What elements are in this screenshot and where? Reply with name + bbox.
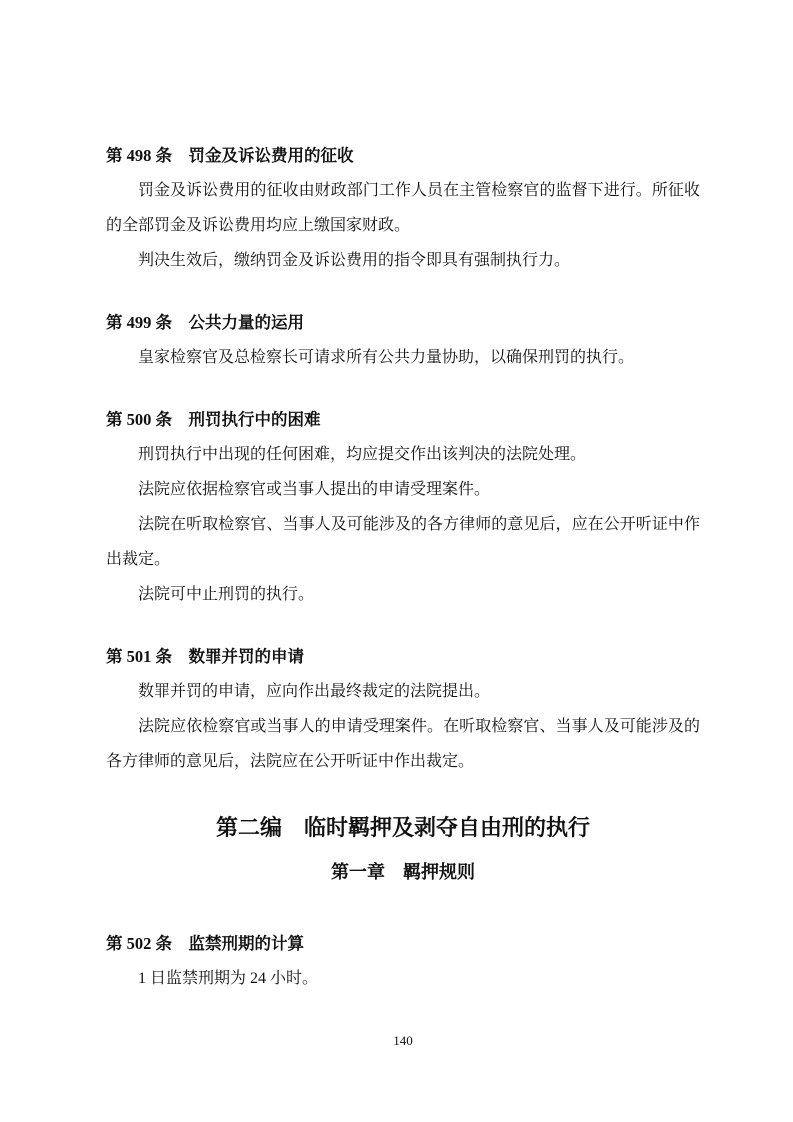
article-500-paragraph: 法院在听取检察官、当事人及可能涉及的各方律师的意见后，应在公开听证中作出裁定。: [106, 507, 700, 577]
article-500-heading: 第 500 条 刑罚执行中的困难: [106, 402, 700, 437]
article-501: 第 501 条 数罪并罚的申请 数罪并罚的申请，应向作出最终裁定的法院提出。 法…: [106, 639, 700, 779]
article-499-paragraph: 皇家检察官及总检察长可请求所有公共力量协助，以确保刑罚的执行。: [106, 340, 700, 375]
article-498: 第 498 条 罚金及诉讼费用的征收 罚金及诉讼费用的征收由财政部门工作人员在主…: [106, 138, 700, 278]
article-498-paragraph: 罚金及诉讼费用的征收由财政部门工作人员在主管检察官的监督下进行。所征收的全部罚金…: [106, 173, 700, 243]
article-501-heading: 第 501 条 数罪并罚的申请: [106, 639, 700, 674]
article-500: 第 500 条 刑罚执行中的困难 刑罚执行中出现的任何困难，均应提交作出该判决的…: [106, 402, 700, 612]
article-500-paragraph: 法院应依据检察官或当事人提出的申请受理案件。: [106, 472, 700, 507]
part-heading: 第二编 临时羁押及剥夺自由刑的执行: [106, 806, 700, 850]
chapter-heading: 第一章 羁押规则: [106, 852, 700, 892]
article-498-paragraph: 判决生效后，缴纳罚金及诉讼费用的指令即具有强制执行力。: [106, 243, 700, 278]
article-501-paragraph: 法院应依检察官或当事人的申请受理案件。在听取检察官、当事人及可能涉及的各方律师的…: [106, 709, 700, 779]
document-page: 第 498 条 罚金及诉讼费用的征收 罚金及诉讼费用的征收由财政部门工作人员在主…: [0, 0, 793, 1122]
article-500-paragraph: 刑罚执行中出现的任何困难，均应提交作出该判决的法院处理。: [106, 437, 700, 472]
article-502: 第 502 条 监禁刑期的计算 1 日监禁刑期为 24 小时。: [106, 926, 700, 996]
article-502-paragraph: 1 日监禁刑期为 24 小时。: [106, 961, 700, 996]
article-498-heading: 第 498 条 罚金及诉讼费用的征收: [106, 138, 700, 173]
article-499: 第 499 条 公共力量的运用 皇家检察官及总检察长可请求所有公共力量协助，以确…: [106, 305, 700, 375]
article-502-heading: 第 502 条 监禁刑期的计算: [106, 926, 700, 961]
article-501-paragraph: 数罪并罚的申请，应向作出最终裁定的法院提出。: [106, 674, 700, 709]
article-499-heading: 第 499 条 公共力量的运用: [106, 305, 700, 340]
page-number: 140: [106, 1033, 700, 1049]
article-500-paragraph: 法院可中止刑罚的执行。: [106, 577, 700, 612]
